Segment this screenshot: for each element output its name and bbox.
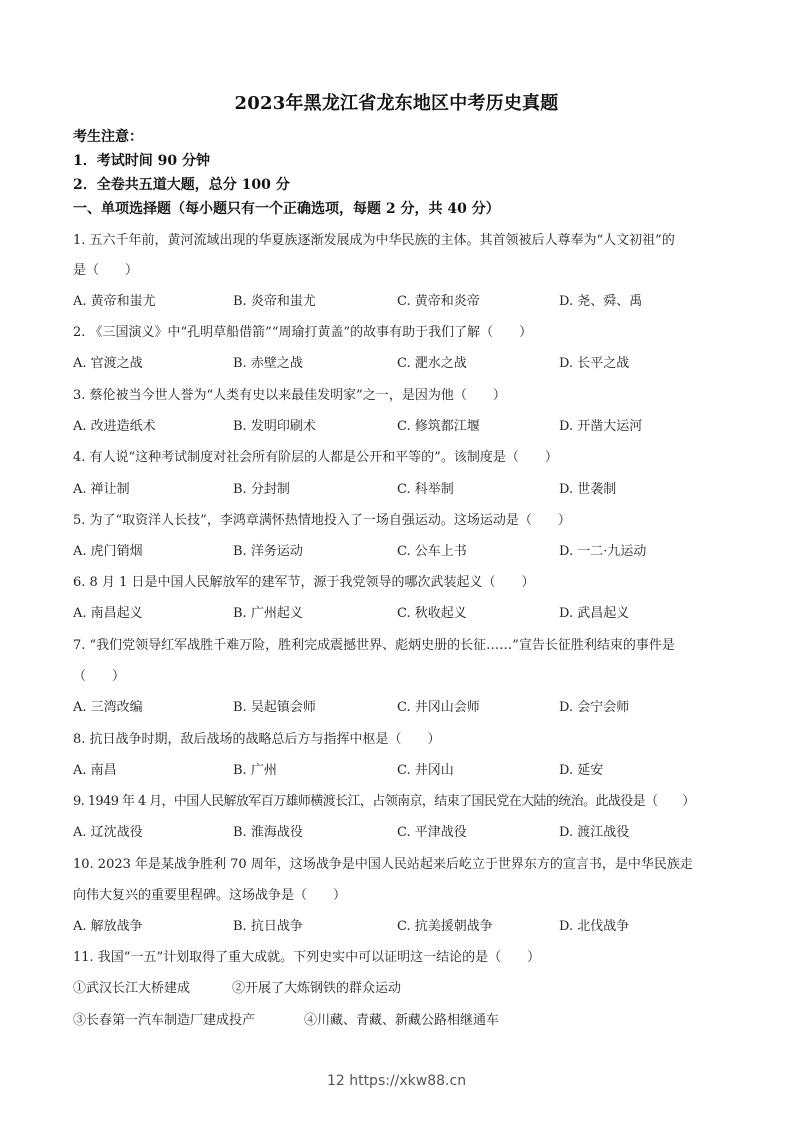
option-a: A. 辽沈战役 — [73, 821, 143, 840]
notice-heading: 考生注意： — [73, 126, 143, 146]
statement-1: ①武汉长江大桥建成 — [73, 977, 190, 996]
option-c: C. 秋收起义 — [397, 602, 467, 621]
question-text: 7. “我们党领导红军战胜千难万险，胜利完成震撼世界、彪炳史册的长征……”宣告长… — [73, 634, 675, 653]
option-a: A. 南昌 — [73, 759, 117, 778]
option-c: C. 平津战役 — [397, 821, 467, 840]
question-text: （ ） — [73, 665, 125, 684]
question-text: 8. 抗日战争时期，敌后战场的战略总后方与指挥中枢是（ ） — [73, 728, 441, 747]
notice-item: 2．全卷共五道大题，总分 100 分 — [73, 174, 290, 194]
option-d: D. 长平之战 — [559, 352, 629, 371]
option-c: C. 黄帝和炎帝 — [397, 290, 480, 309]
page-footer: 12 https://xkw88.cn — [0, 1073, 793, 1089]
option-b: B. 淮海战役 — [233, 821, 303, 840]
question-text: 11. 我国“一五”计划取得了重大成就。下列史实中可以证明这一结论的是（ ） — [73, 946, 540, 965]
option-b: B. 抗日战争 — [233, 915, 303, 934]
page-title: 2023年黑龙江省龙东地区中考历史真题 — [0, 89, 793, 115]
option-d: D. 北伐战争 — [559, 915, 629, 934]
section-heading: 一、单项选择题（每小题只有一个正确选项，每题 2 分，共 40 分） — [73, 198, 500, 218]
notice-item: 1．考试时间 90 分钟 — [73, 150, 210, 170]
statement-4: ④川藏、青藏、新藏公路相继通车 — [304, 1009, 499, 1028]
option-c: C. 淝水之战 — [397, 352, 467, 371]
option-a: A. 改进造纸术 — [73, 415, 156, 434]
statement-3: ③长春第一汽车制造厂建成投产 — [73, 1009, 255, 1028]
question-text: 是（ ） — [73, 259, 138, 278]
question-text: 2. 《三国演义》中“孔明草船借箭”“周瑜打黄盖”的故事有助于我们了解（ ） — [73, 321, 532, 340]
option-b: B. 洋务运动 — [233, 540, 303, 559]
option-d: D. 开凿大运河 — [559, 415, 642, 434]
question-text: 9. 1949 年 4 月，中国人民解放军百万雄师横渡长江，占领南京，结束了国民… — [73, 790, 695, 809]
option-c: C. 公车上书 — [397, 540, 467, 559]
option-d: D. 渡江战役 — [559, 821, 629, 840]
option-c: C. 科举制 — [397, 478, 454, 497]
question-text: 4. 有人说“这种考试制度对社会所有阶层的人都是公开和平等的”。该制度是（ ） — [73, 446, 558, 465]
option-b: B. 赤壁之战 — [233, 352, 303, 371]
statement-2: ②开展了大炼钢铁的群众运动 — [232, 977, 401, 996]
option-d: D. 会宁会师 — [559, 696, 629, 715]
question-text: 1. 五六千年前，黄河流域出现的华夏族逐渐发展成为中华民族的主体。其首领被后人尊… — [73, 229, 675, 248]
option-c: C. 井冈山 — [397, 759, 454, 778]
question-text: 向伟大复兴的重要里程碑。这场战争是（ ） — [73, 884, 346, 903]
option-a: A. 南昌起义 — [73, 602, 143, 621]
option-a: A. 官渡之战 — [73, 352, 143, 371]
question-text: 5. 为了“取资洋人长技”，李鸿章满怀热情地投入了一场自强运动。这场运动是（ ） — [73, 509, 571, 528]
question-text: 6. 8 月 1 日是中国人民解放军的建军节，源于我党领导的哪次武装起义（ ） — [73, 571, 534, 590]
option-c: C. 井冈山会师 — [397, 696, 480, 715]
option-b: B. 吴起镇会师 — [233, 696, 316, 715]
option-b: B. 广州起义 — [233, 602, 303, 621]
option-a: A. 虎门销烟 — [73, 540, 143, 559]
option-a: A. 黄帝和蚩尤 — [73, 290, 156, 309]
option-d: D. 延安 — [559, 759, 603, 778]
option-a: A. 解放战争 — [73, 915, 143, 934]
exam-page: 2023年黑龙江省龙东地区中考历史真题 考生注意： 1．考试时间 90 分钟 2… — [0, 0, 793, 1122]
question-text: 3. 蔡伦被当今世人誉为“人类有史以来最佳发明家”之一，是因为他（ ） — [73, 384, 506, 403]
option-c: C. 抗美援朝战争 — [397, 915, 493, 934]
option-a: A. 三湾改编 — [73, 696, 143, 715]
option-b: B. 发明印刷术 — [233, 415, 316, 434]
option-d: D. 世袭制 — [559, 478, 616, 497]
option-d: D. 一二·九运动 — [559, 540, 646, 559]
option-d: D. 尧、舜、禹 — [559, 290, 642, 309]
option-b: B. 分封制 — [233, 478, 290, 497]
option-c: C. 修筑都江堰 — [397, 415, 480, 434]
question-text: 10. 2023 年是某战争胜利 70 周年，这场战争是中国人民站起来后屹立于世… — [73, 853, 693, 872]
option-a: A. 禅让制 — [73, 478, 130, 497]
option-d: D. 武昌起义 — [559, 602, 629, 621]
option-b: B. 广州 — [233, 759, 277, 778]
option-b: B. 炎帝和蚩尤 — [233, 290, 316, 309]
